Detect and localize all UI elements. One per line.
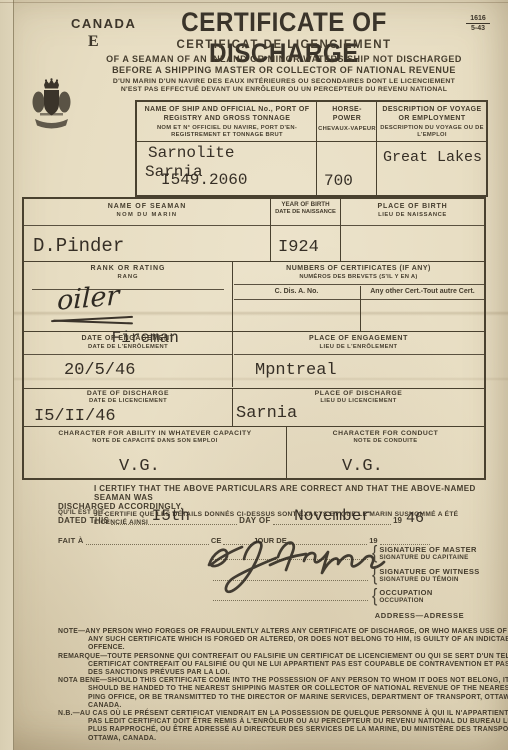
brace-glyph: {: [372, 588, 377, 604]
ship-official-no-value: I549.2060: [161, 171, 247, 189]
seaman-name-header: NAME OF SEAMAN NOM DU MARIN: [24, 199, 270, 226]
horsepower-header: HORSE-POWER CHEVAUX-VAPEUR: [318, 106, 376, 133]
address-label: ADDRESS—ADRESSE: [372, 611, 467, 620]
nb-line: N.B.—AU CAS OÙ LE PRÉSENT CERTIFICAT VIE…: [58, 710, 478, 718]
note-line: NOTE—ANY PERSON WHO FORGES OR FRAUDULENT…: [58, 628, 478, 636]
dated-day-value: I5th: [152, 507, 190, 525]
fait-a-label: FAIT À: [58, 536, 84, 545]
scan-left-edge: [0, 0, 14, 750]
character-ability-value: V.G.: [119, 457, 160, 476]
subtitle-fr-line1: D'UN MARIN D'UN NAVIRE DES EAUX INTÉRIEU…: [94, 78, 474, 85]
dated-this-label: DATED THIS: [58, 516, 109, 525]
ship-table: NAME OF SHIP AND OFFICIAL No., PORT OF R…: [135, 100, 488, 197]
nota-bene-line: CANADA.: [58, 702, 478, 710]
year-of-birth-value: I924: [278, 238, 319, 257]
cert-other-header: Any other Cert.-Tout autre Cert.: [361, 286, 484, 300]
horsepower-value: 700: [324, 172, 353, 190]
subtitle-en-line1: OF A SEAMAN OF AN INLAND OR MINOR WATERS…: [94, 55, 474, 65]
nota-bene-line: NOTA BENE—SHOULD THIS CERTIFICATE COME I…: [58, 677, 478, 685]
note-line: OFFENCE.: [58, 644, 478, 652]
series-letter-stamp: E: [88, 33, 99, 51]
nota-bene-line: PING OFFICE, OR BE TRANSMITTED TO THE DI…: [58, 694, 478, 702]
remarque-line: CERTIFICAT CONTREFAIT OU FALSIFIÉ OU QUI…: [58, 661, 478, 669]
subtitle-fr-line2: N'EST PAS EFFECTUÉ DEVANT UN ENRÔLEUR OU…: [94, 86, 474, 93]
occupation-label: { OCCUPATION OCCUPATION: [372, 588, 433, 605]
character-conduct-header: CHARACTER FOR CONDUCT NOTE DE CONDUITE: [287, 430, 484, 444]
coat-of-arms-icon: [31, 78, 72, 131]
voyage-value: Great Lakes: [383, 149, 482, 166]
engagement-date-value: 20/5/46: [64, 361, 135, 380]
form-number: 1616 5-43: [466, 15, 490, 32]
discharge-date-value: I5/II/46: [34, 407, 116, 426]
character-conduct-value: V.G.: [342, 457, 383, 476]
quil-est-dit-label: QU'IL EST DIT.: [58, 509, 109, 516]
ship-name-value: Sarnolite: [148, 144, 234, 162]
day-of-label: DAY OF: [239, 516, 271, 525]
brace-glyph: {: [372, 545, 377, 561]
dated-month-value: November: [294, 507, 371, 525]
rank-struck-value: Fireman: [54, 311, 179, 401]
form-number-bottom: 5-43: [466, 24, 490, 32]
voyage-header: DESCRIPTION OF VOYAGE OR EMPLOYMENT DESC…: [379, 106, 485, 139]
certificate-of-discharge-document: CANADA E CERTIFICATE OF DISCHARGE 1616 5…: [0, 0, 508, 750]
place-of-birth-header: PLACE OF BIRTH LIEU DE NAISSANCE: [341, 199, 484, 226]
note-line: ANY SUCH CERTIFICATE WHICH IS FORGED OR …: [58, 636, 478, 644]
nb-line: PLUS RAPPROCHÉ, OU ÊTRE ADRESSÉ AU DIREC…: [58, 726, 478, 734]
certificates-header: NUMBERS OF CERTIFICATES (IF ANY) NUMÉROS…: [234, 262, 484, 285]
subtitle-french: CERTIFICAT DE LICENCIEMENT: [104, 39, 464, 51]
master-signature-handwriting: [202, 527, 388, 600]
legal-notes: NOTE—ANY PERSON WHO FORGES OR FRAUDULENT…: [58, 628, 478, 743]
subtitle-en-line2: BEFORE A SHIPPING MASTER OR COLLECTOR OF…: [94, 65, 474, 75]
ship-name-header: NAME OF SHIP AND OFFICIAL No., PORT OF R…: [140, 106, 314, 139]
year-of-birth-header: YEAR OF BIRTH DATE DE NAISSANCE: [271, 199, 340, 226]
engagement-place-value: Mpntreal: [255, 361, 337, 380]
dated-line: QU'IL EST DIT. DATED THIS I5th DAY OF No…: [58, 509, 432, 525]
year-19-label: 19: [393, 516, 402, 525]
discharge-place-value: Sarnia: [236, 404, 297, 423]
character-ability-header: CHARACTER FOR ABILITY IN WHATEVER CAPACI…: [24, 430, 286, 444]
discharge-place-header: PLACE OF DISCHARGE LIEU DU LICENCIEMENT: [234, 390, 484, 405]
form-number-top: 1616: [466, 15, 490, 24]
engagement-place-header: PLACE OF ENGAGEMENT LIEU DE L'ENRÔLEMENT: [234, 332, 484, 355]
brace-glyph: {: [372, 567, 377, 583]
signature-of-master-label: { SIGNATURE OF MASTER SIGNATURE DU CAPIT…: [372, 545, 477, 562]
nb-line: OTTAWA, CANADA.: [58, 735, 478, 743]
cert-dis-a-no-header: C. Dis. A. No.: [234, 286, 360, 300]
particulars-table: NAME OF SEAMAN NOM DU MARIN YEAR OF BIRT…: [22, 197, 486, 480]
remarque-line: DES SANCTIONS PRÉVUES PAR LA LOI.: [58, 669, 478, 677]
signature-of-witness-label: { SIGNATURE OF WITNESS SIGNATURE DU TÉMO…: [372, 567, 480, 584]
engagement-date-header: DATE OF ENGAGEMENT DATE DE L'ENRÔLEMENT: [24, 332, 232, 355]
dated-year-value: 46: [406, 510, 424, 527]
nota-bene-line: SHOULD BE HANDED TO THE NEAREST SHIPPING…: [58, 685, 478, 693]
rank-header: RANK OR RATING RANG: [24, 265, 232, 281]
seaman-name-value: D.Pinder: [33, 235, 124, 257]
discharge-date-header: DATE OF DISCHARGE DATE DE LICENCIEMENT: [24, 390, 232, 405]
scan-top-edge: [0, 2, 508, 3]
remarque-line: REMARQUE—TOUTE PERSONNE QUI CONTREFAIT O…: [58, 653, 478, 661]
